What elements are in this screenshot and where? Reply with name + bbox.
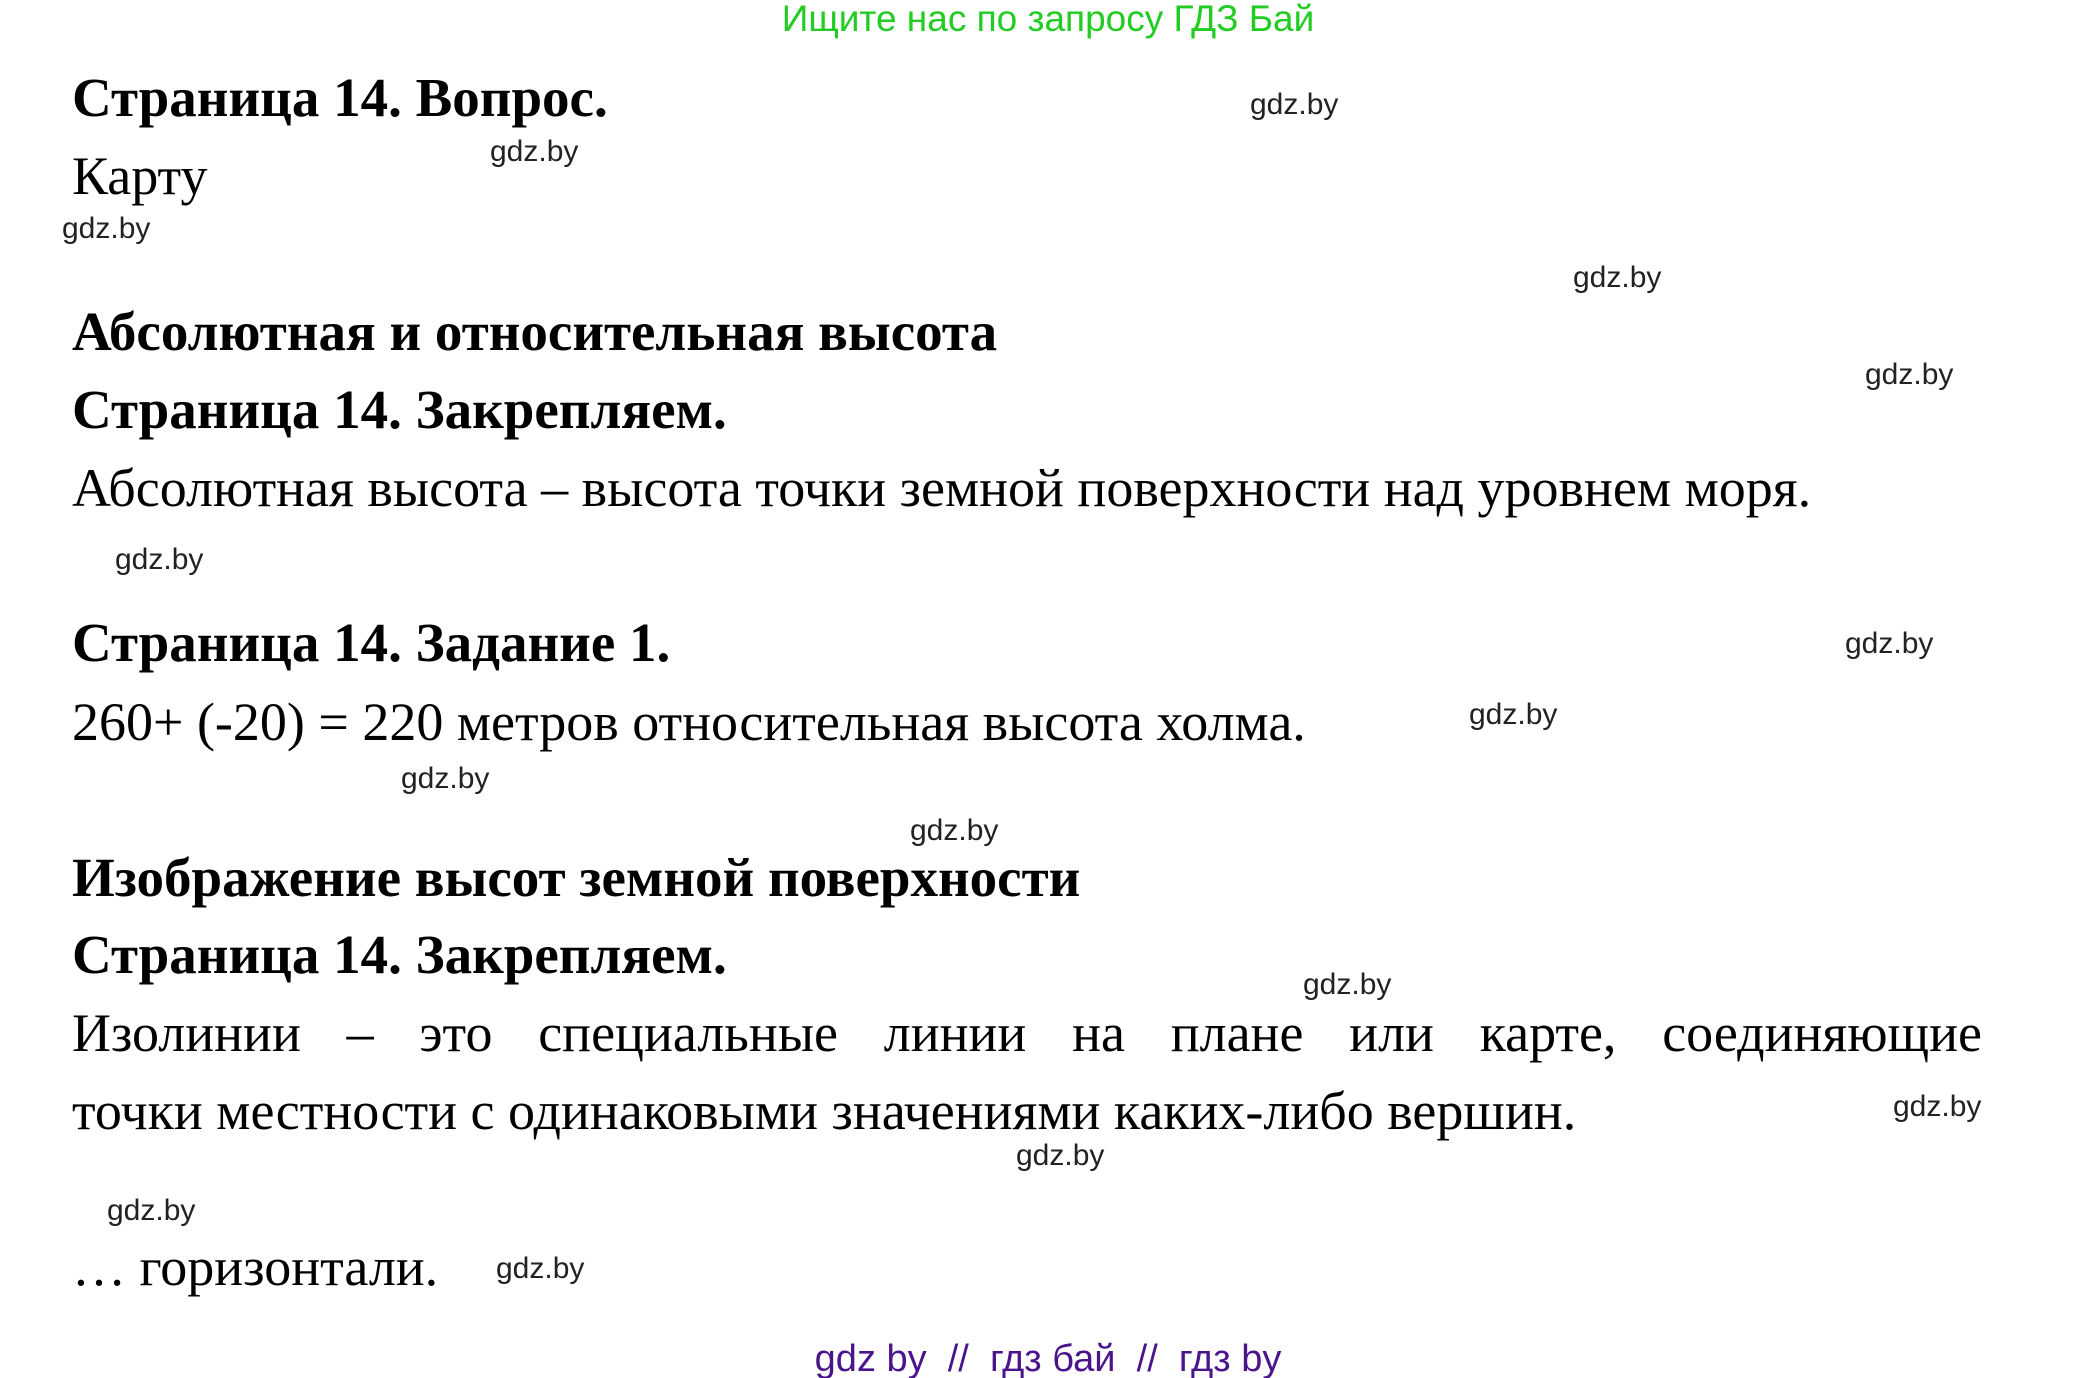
answer-text: Абсолютная высота – высота точки земной … xyxy=(72,458,1811,518)
heading-page14-reinforce: Страница 14. Закрепляем. xyxy=(72,925,727,985)
watermark: gdz.by xyxy=(910,814,998,848)
watermark: gdz.by xyxy=(107,1194,195,1228)
watermark: gdz.by xyxy=(1865,358,1953,392)
watermark: gdz.by xyxy=(115,543,203,577)
watermark: gdz.by xyxy=(1573,261,1661,295)
watermark: gdz.by xyxy=(1016,1139,1104,1173)
heading-page14-task1: Страница 14. Задание 1. xyxy=(72,613,670,673)
answer-text: Карту xyxy=(72,146,207,206)
answer-text-line2: точки местности с одинаковыми значениями… xyxy=(72,1081,1576,1141)
answer-text-line1: Изолинии – это специальные линии на план… xyxy=(72,1003,1982,1063)
watermark: gdz.by xyxy=(1893,1090,1981,1124)
heading-page14-reinforce: Страница 14. Закрепляем. xyxy=(72,380,727,440)
topic-heading: Абсолютная и относительная высота xyxy=(72,302,997,362)
watermark: gdz.by xyxy=(1250,88,1338,122)
answer-text: … горизонтали. xyxy=(72,1237,438,1297)
watermark: gdz.by xyxy=(401,762,489,796)
topic-heading: Изображение высот земной поверхности xyxy=(72,848,1080,908)
heading-page14-question: Страница 14. Вопрос. xyxy=(72,68,608,128)
watermark: gdz.by xyxy=(1303,968,1391,1002)
watermark: gdz.by xyxy=(1469,698,1557,732)
watermark: gdz.by xyxy=(1845,627,1933,661)
watermark: gdz.by xyxy=(490,135,578,169)
site-banner: Ищите нас по запросу ГДЗ Бай xyxy=(0,0,2096,40)
footer-links: gdz by // гдз бай // гдз by xyxy=(0,1338,2096,1378)
watermark: gdz.by xyxy=(496,1252,584,1286)
answer-text: 260+ (-20) = 220 метров относительная вы… xyxy=(72,692,1306,752)
watermark: gdz.by xyxy=(62,212,150,246)
